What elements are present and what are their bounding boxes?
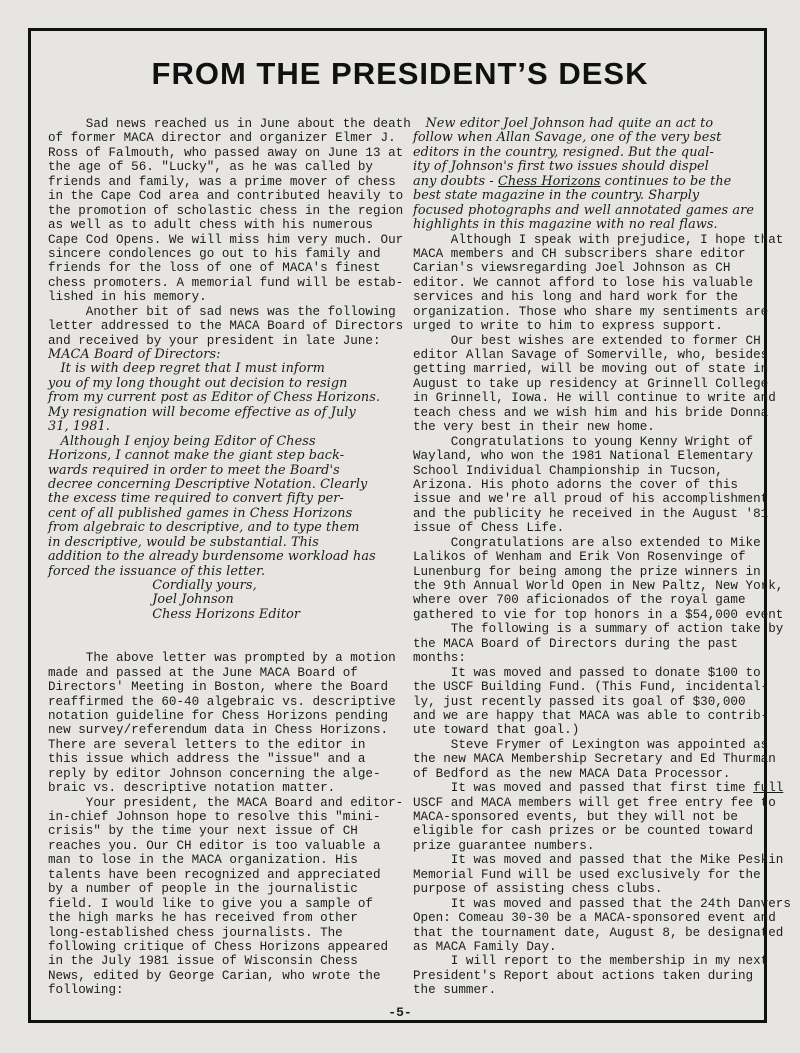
text-line: The following is a summary of action tak… (413, 622, 791, 636)
text-line: the age of 56. "Lucky", as he was called… (48, 160, 411, 174)
text-line: teach chess and we wish him and his brid… (413, 406, 791, 420)
text-line: It is with deep regret that I must infor… (48, 362, 411, 376)
text-line: where over 700 aficionados of the royal … (413, 593, 791, 607)
text-line: crisis" by the time your next issue of C… (48, 824, 411, 838)
text-line: the USCF Building Fund. (This Fund, inci… (413, 680, 791, 694)
left-column: Sad news reached us in June about the de… (48, 117, 411, 998)
text-line: Although I speak with prejudice, I hope … (413, 233, 791, 247)
text-line: reaches you. Our CH editor is too valuab… (48, 839, 411, 853)
text-line: from algebraic to descriptive, and to ty… (48, 521, 411, 535)
text-line: The above letter was prompted by a motio… (48, 651, 411, 665)
text-line: Horizons, I cannot make the giant step b… (48, 449, 411, 463)
text-line: the very best in their new home. (413, 420, 791, 434)
text-line: It was moved and passed that the Mike Pe… (413, 853, 791, 867)
text-line: this issue which address the "issue" and… (48, 752, 411, 766)
text-line: My resignation will become effective as … (48, 406, 411, 420)
text-line: MACA members and CH subscribers share ed… (413, 247, 791, 261)
text-line: that the tournament date, August 8, be d… (413, 926, 791, 940)
page-number: -5- (0, 1005, 800, 1020)
text-line: issue of Chess Life. (413, 521, 791, 535)
text-line: editor Allan Savage of Somerville, who, … (413, 348, 791, 362)
text-line: and the publicity he received in the Aug… (413, 507, 791, 521)
text-line: addition to the already burdensome workl… (48, 550, 411, 564)
text-line: Our best wishes are extended to former C… (413, 334, 791, 348)
text-line: It was moved and passed that first time … (413, 781, 791, 795)
text-line: Steve Frymer of Lexington was appointed … (413, 738, 791, 752)
text-line: lished in his memory. (48, 290, 411, 304)
page-title: FROM THE PRESIDENT’S DESK (0, 56, 800, 92)
text-line: Open: Comeau 30-30 be a MACA-sponsored e… (413, 911, 791, 925)
text-line: the high marks he has received from othe… (48, 911, 411, 925)
text-line: the excess time required to convert fift… (48, 492, 411, 506)
text-line: MACA Board of Directors: (48, 348, 411, 362)
text-line: talents have been recognized and appreci… (48, 868, 411, 882)
text-line: urged to write to him to express support… (413, 319, 791, 333)
text-line: made and passed at the June MACA Board o… (48, 666, 411, 680)
text-line: decree concerning Descriptive Notation. … (48, 478, 411, 492)
text-line: I will report to the membership in my ne… (413, 954, 791, 968)
text-line: months: (413, 651, 791, 665)
text-line: Lunenburg for being among the prize winn… (413, 565, 791, 579)
text-line: It was moved and passed that the 24th Da… (413, 897, 791, 911)
text-line: It was moved and passed to donate $100 t… (413, 666, 791, 680)
text-line: Congratulations to young Kenny Wright of (413, 435, 791, 449)
text-line: August to take up residency at Grinnell … (413, 377, 791, 391)
text-line: services and his long and hard work for … (413, 290, 791, 304)
text-line: eligible for cash prizes or be counted t… (413, 824, 791, 838)
text-line: News, edited by George Carian, who wrote… (48, 969, 411, 983)
text-line: editors in the country, resigned. But th… (413, 146, 791, 160)
text-line: new survey/referendum data in Chess Hori… (48, 723, 411, 737)
text-line: Cape Cod Opens. We will miss him very mu… (48, 233, 411, 247)
text-line: chess promoters. A memorial fund will be… (48, 276, 411, 290)
text-line: the MACA Board of Directors during the p… (413, 637, 791, 651)
text-line: sincere condolences go out to his family… (48, 247, 411, 261)
text-line: New editor Joel Johnson had quite an act… (413, 117, 791, 131)
text-line: forced the issuance of this letter. (48, 565, 411, 579)
text-line: getting married, will be moving out of s… (413, 362, 791, 376)
text-line: Chess Horizons Editor (48, 608, 411, 622)
text-line: MACA-sponsored events, but they will not… (413, 810, 791, 824)
text-line: purpose of assisting chess clubs. (413, 882, 791, 896)
text-line: by a number of people in the journalisti… (48, 882, 411, 896)
text-line: School Individual Championship in Tucson… (413, 464, 791, 478)
text-line: editor. We cannot afford to lose his val… (413, 276, 791, 290)
underlined-text: full (753, 781, 783, 795)
text-line: prize guarantee numbers. (413, 839, 791, 853)
text-line: the new MACA Membership Secretary and Ed… (413, 752, 791, 766)
underlined-text: Chess Horizons (498, 174, 601, 189)
text-line: Sad news reached us in June about the de… (48, 117, 411, 131)
text-line: Directors' Meeting in Boston, where the … (48, 680, 411, 694)
text-line: friends and family, was a prime mover of… (48, 175, 411, 189)
text-line: as MACA Family Day. (413, 940, 791, 954)
text-line (48, 622, 411, 636)
text-line: wards required in order to meet the Boar… (48, 464, 411, 478)
text-line: reaffirmed the 60-40 algebraic vs. descr… (48, 695, 411, 709)
text-line: from my current post as Editor of Chess … (48, 391, 411, 405)
text-line: notation guideline for Chess Horizons pe… (48, 709, 411, 723)
text-line: Wayland, who won the 1981 National Eleme… (413, 449, 791, 463)
text-line: man to lose in the MACA organization. Hi… (48, 853, 411, 867)
text-line: issue and we're all proud of his accompl… (413, 492, 791, 506)
text-line: President's Report about actions taken d… (413, 969, 791, 983)
text-line: Your president, the MACA Board and edito… (48, 796, 411, 810)
text-line: ly, just recently passed its goal of $30… (413, 695, 791, 709)
text-line: best state magazine in the country. Shar… (413, 189, 791, 203)
text-line: as well as to adult chess with his numer… (48, 218, 411, 232)
text-line: long-established chess journalists. The (48, 926, 411, 940)
text-line: follow when Allan Savage, one of the ver… (413, 131, 791, 145)
text-line: following: (48, 983, 411, 997)
text-line: highlights in this magazine with no real… (413, 218, 791, 232)
text-line: Arizona. His photo adorns the cover of t… (413, 478, 791, 492)
text-line: in the July 1981 issue of Wisconsin Ches… (48, 954, 411, 968)
text-line: and we are happy that MACA was able to c… (413, 709, 791, 723)
text-line: in the Cape Cod area and contributed hea… (48, 189, 411, 203)
text-line: letter addressed to the MACA Board of Di… (48, 319, 411, 333)
text-line: Memorial Fund will be used exclusively f… (413, 868, 791, 882)
text-line: Joel Johnson (48, 593, 411, 607)
text-line: USCF and MACA members will get free entr… (413, 796, 791, 810)
text-line: 31, 1981. (48, 420, 411, 434)
text-line: you of my long thought out decision to r… (48, 377, 411, 391)
text-line: in-chief Johnson hope to resolve this "m… (48, 810, 411, 824)
text-line: field. I would like to give you a sample… (48, 897, 411, 911)
text-line: Another bit of sad news was the followin… (48, 305, 411, 319)
text-line: gathered to vie for top honors in a $54,… (413, 608, 791, 622)
text-line: organization. Those who share my sentime… (413, 305, 791, 319)
text-line: and received by your president in late J… (48, 334, 411, 348)
text-line: of Bedford as the new MACA Data Processo… (413, 767, 791, 781)
right-column: New editor Joel Johnson had quite an act… (413, 117, 791, 998)
text-line: in descriptive, would be substantial. Th… (48, 536, 411, 550)
text-line: Ross of Falmouth, who passed away on Jun… (48, 146, 411, 160)
text-line: cent of all published games in Chess Hor… (48, 507, 411, 521)
text-line: the promotion of scholastic chess in the… (48, 204, 411, 218)
text-line: the 9th Annual World Open in New Paltz, … (413, 579, 791, 593)
text-line: There are several letters to the editor … (48, 738, 411, 752)
text-line: Carian's viewsregarding Joel Johnson as … (413, 261, 791, 275)
text-line: the summer. (413, 983, 791, 997)
text-line: Although I enjoy being Editor of Chess (48, 435, 411, 449)
text-line: of former MACA director and organizer El… (48, 131, 411, 145)
text-line: reply by editor Johnson concerning the a… (48, 767, 411, 781)
text-line: Congratulations are also extended to Mik… (413, 536, 791, 550)
text-line: in Grinnell, Iowa. He will continue to w… (413, 391, 791, 405)
text-line: friends for the loss of one of MACA's fi… (48, 261, 411, 275)
text-line: Lalikos of Wenham and Erik Von Rosenving… (413, 550, 791, 564)
text-line: braic vs. descriptive notation matter. (48, 781, 411, 795)
text-line: any doubts - Chess Horizons continues to… (413, 175, 791, 189)
text-line: following critique of Chess Horizons app… (48, 940, 411, 954)
text-line: ity of Johnson's first two issues should… (413, 160, 791, 174)
text-line: focused photographs and well annotated g… (413, 204, 791, 218)
text-line: Cordially yours, (48, 579, 411, 593)
text-line: ute toward that goal.) (413, 723, 791, 737)
text-line (48, 637, 411, 651)
